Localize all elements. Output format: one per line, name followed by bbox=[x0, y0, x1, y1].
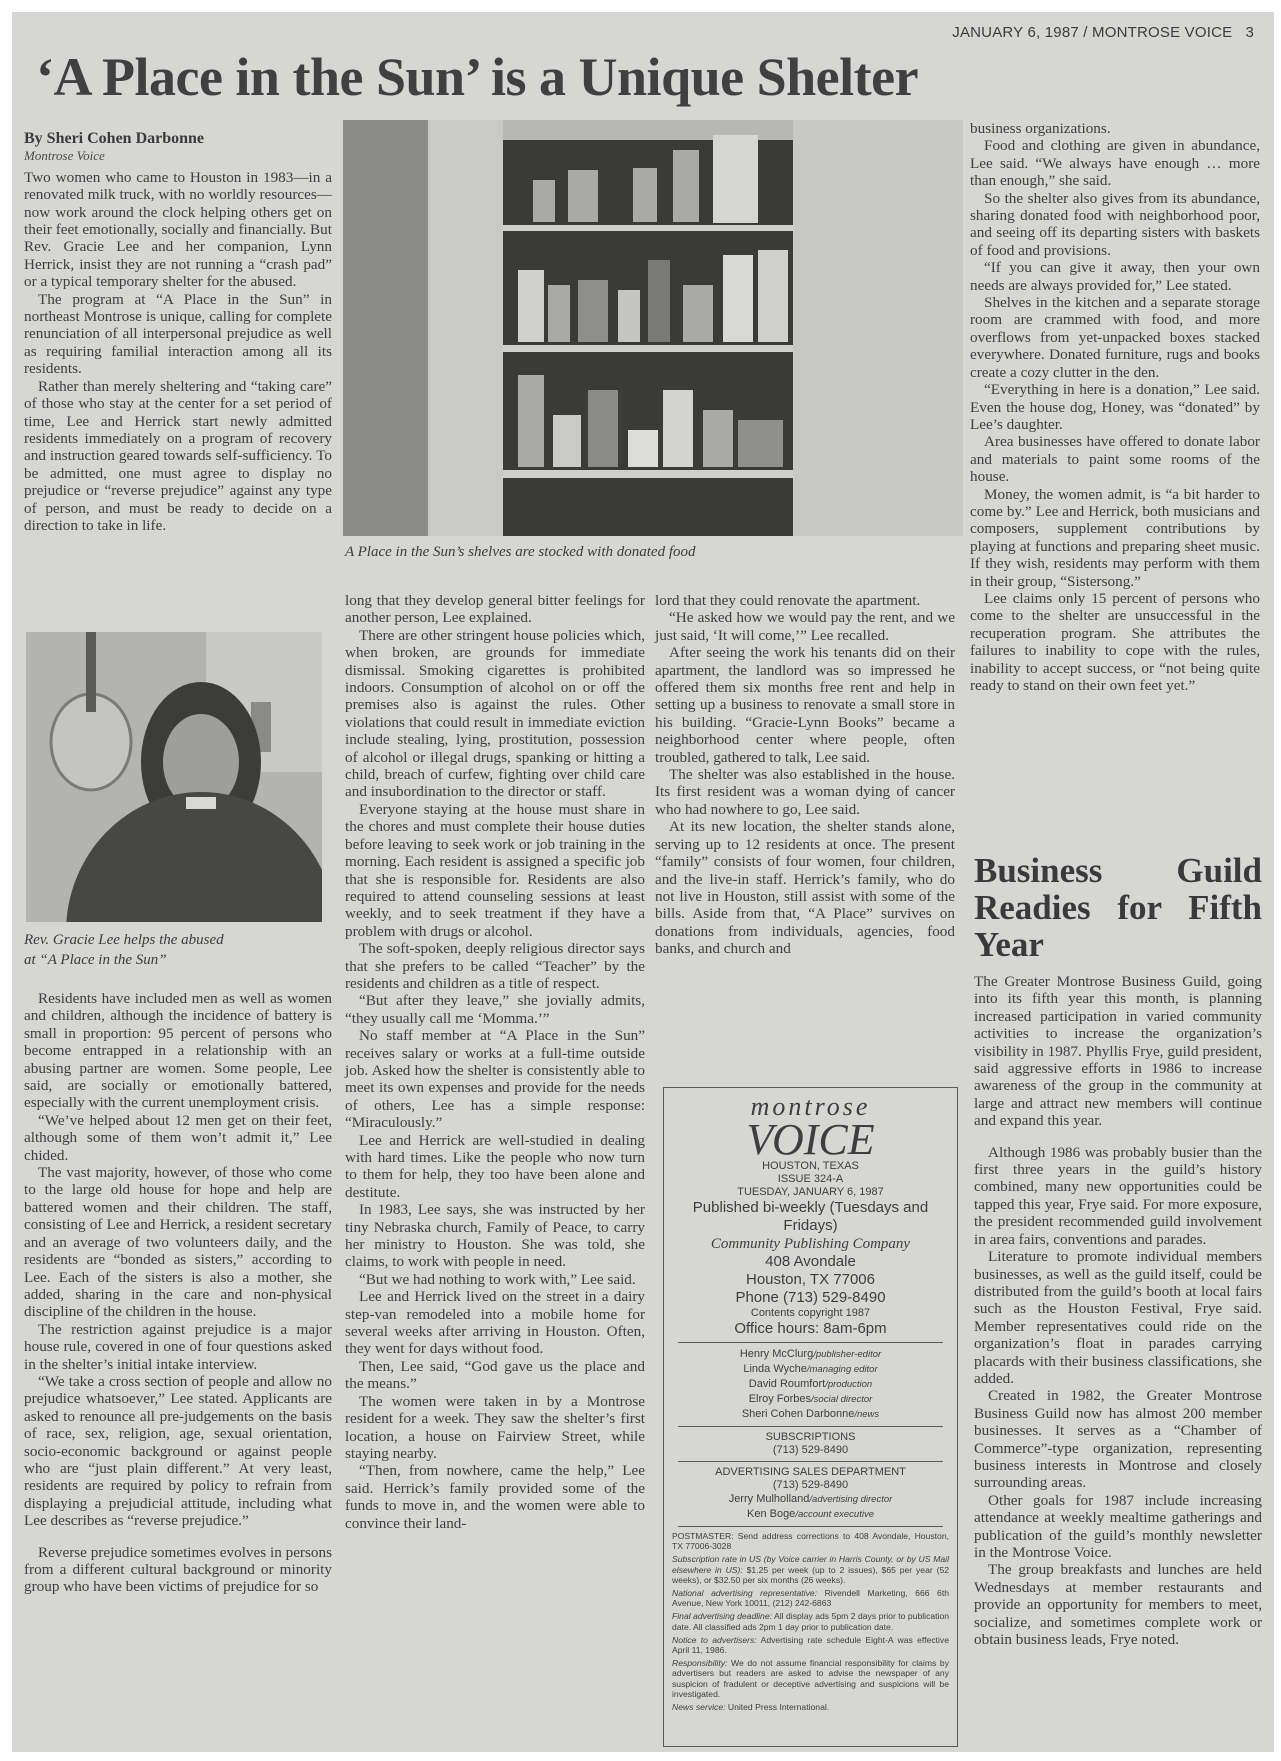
divider bbox=[678, 1461, 943, 1462]
divider bbox=[678, 1426, 943, 1427]
article-column-3: lord that they could renovate the apartm… bbox=[655, 592, 955, 958]
paragraph: Created in 1982, the Greater Montrose Bu… bbox=[974, 1387, 1262, 1491]
paragraph: So the shelter also gives from its abund… bbox=[970, 190, 1260, 260]
paragraph: The women were taken in by a Montrose re… bbox=[345, 1393, 645, 1463]
paragraph: “We’ve helped about 12 men get on their … bbox=[24, 1112, 332, 1164]
fine-label: Notice to advertisers: bbox=[672, 1635, 757, 1645]
paragraph: “Then, from nowhere, came the help,” Lee… bbox=[345, 1462, 645, 1532]
main-headline: ‘A Place in the Sun’ is a Unique Shelter bbox=[36, 46, 918, 108]
caption-line: Rev. Gracie Lee helps the abused bbox=[24, 930, 324, 950]
page-folio: JANUARY 6, 1987 / MONTROSE VOICE 3 bbox=[952, 24, 1254, 41]
masthead-hours: Office hours: 8am-6pm bbox=[672, 1320, 949, 1338]
staff-name: David Roumfort bbox=[749, 1378, 825, 1390]
masthead-location: HOUSTON, TEXAS bbox=[672, 1160, 949, 1173]
paragraph: Rather than merely sheltering and “takin… bbox=[24, 378, 332, 535]
divider bbox=[678, 1342, 943, 1343]
paragraph: Area businesses have offered to donate l… bbox=[970, 433, 1260, 485]
shelves-illustration bbox=[343, 120, 963, 536]
paragraph: After seeing the work his tenants did on… bbox=[655, 644, 955, 766]
paragraph: Other goals for 1987 include increasing … bbox=[974, 1492, 1262, 1562]
masthead-box: montrose VOICE HOUSTON, TEXAS ISSUE 324-… bbox=[663, 1087, 958, 1747]
paragraph: Although 1986 was probably busier than t… bbox=[974, 1144, 1262, 1248]
shelves-photo bbox=[343, 120, 963, 536]
fine-print-subscription: Subscription rate in US (by Voice carrie… bbox=[672, 1554, 949, 1585]
fine-print-national-rep: National advertising representative: Riv… bbox=[672, 1588, 949, 1608]
paragraph: Reverse prejudice sometimes evolves in p… bbox=[24, 1544, 332, 1596]
byline: By Sheri Cohen Darbonne bbox=[24, 130, 332, 147]
paragraph: In 1983, Lee says, she was instructed by… bbox=[345, 1201, 645, 1271]
newspaper-page: JANUARY 6, 1987 / MONTROSE VOICE 3 ‘A Pl… bbox=[12, 12, 1274, 1752]
fine-label: National advertising representative: bbox=[672, 1588, 817, 1598]
divider bbox=[678, 1526, 943, 1527]
paragraph: Food and clothing are given in abundance… bbox=[970, 137, 1260, 189]
guild-lead: The Greater Montrose Business Guild, goi… bbox=[974, 973, 1262, 1130]
article-column-2: long that they develop general bitter fe… bbox=[345, 592, 645, 1532]
fine-label: POSTMASTER: bbox=[672, 1531, 734, 1541]
staff-role: /advertising director bbox=[809, 1494, 892, 1505]
staff-entry: Elroy Forbes/social director bbox=[672, 1392, 949, 1407]
fine-label: Final advertising deadline: bbox=[672, 1611, 772, 1621]
paragraph: “Everything in here is a donation,” Lee … bbox=[970, 381, 1260, 433]
fine-print-news-service: News service: United Press International… bbox=[672, 1702, 949, 1712]
staff-entry: Henry McClurg/publisher-editor bbox=[672, 1347, 949, 1362]
subscriptions-phone: (713) 529-8490 bbox=[672, 1444, 949, 1457]
byline-source: Montrose Voice bbox=[24, 147, 332, 164]
paragraph: Literature to promote individual members… bbox=[974, 1248, 1262, 1387]
paragraph: business organizations. bbox=[970, 120, 1260, 137]
staff-role: /news bbox=[854, 1409, 879, 1420]
staff-role: /social director bbox=[811, 1394, 872, 1405]
masthead-frequency: Published bi-weekly (Tuesdays and Friday… bbox=[672, 1199, 949, 1235]
staff-name: Elroy Forbes bbox=[749, 1393, 811, 1405]
paragraph: “If you can give it away, then your own … bbox=[970, 259, 1260, 294]
article-column-1-bottom: Residents have included men as well as w… bbox=[24, 990, 332, 1596]
paragraph: “But after they leave,” she jovially adm… bbox=[345, 992, 645, 1027]
caption-line: at “A Place in the Sun” bbox=[24, 950, 324, 970]
staff-name: Sheri Cohen Darbonne bbox=[742, 1408, 855, 1420]
masthead-company: Community Publishing Company bbox=[672, 1235, 949, 1253]
masthead-address-2: Houston, TX 77006 bbox=[672, 1271, 949, 1289]
paragraph: Lee and Herrick are well-studied in deal… bbox=[345, 1132, 645, 1202]
fine-print-deadline: Final advertising deadline: All display … bbox=[672, 1611, 949, 1631]
paragraph: Then, Lee said, “God gave us the place a… bbox=[345, 1358, 645, 1393]
subscriptions-label: SUBSCRIPTIONS bbox=[672, 1431, 949, 1444]
guild-article: Business Guild Readies for Fifth Year Th… bbox=[974, 852, 1262, 1648]
staff-name: Henry McClurg bbox=[740, 1348, 813, 1360]
paragraph: There are other stringent house policies… bbox=[345, 627, 645, 801]
paragraph: The shelter was also established in the … bbox=[655, 766, 955, 818]
staff-role: /managing editor bbox=[807, 1364, 878, 1375]
shelves-caption: A Place in the Sun’s shelves are stocked… bbox=[345, 542, 965, 562]
paragraph: long that they develop general bitter fe… bbox=[345, 592, 645, 627]
masthead-issue: ISSUE 324-A bbox=[672, 1173, 949, 1186]
paragraph: lord that they could renovate the apartm… bbox=[655, 592, 955, 609]
article-column-4: business organizations. Food and clothin… bbox=[970, 120, 1260, 694]
fine-print-notice: Notice to advertisers: Advertising rate … bbox=[672, 1635, 949, 1655]
fine-label: News service: bbox=[672, 1702, 725, 1712]
advertising-phone: (713) 529-8490 bbox=[672, 1479, 949, 1492]
ad-staff-entry: Ken Boge/account executive bbox=[672, 1507, 949, 1522]
paragraph: Shelves in the kitchen and a separate st… bbox=[970, 294, 1260, 381]
portrait-illustration bbox=[26, 632, 322, 922]
paragraph: Everyone staying at the house must share… bbox=[345, 801, 645, 940]
staff-name: Linda Wyche bbox=[743, 1363, 807, 1375]
paragraph: The vast majority, however, of those who… bbox=[24, 1164, 332, 1321]
paragraph: Two women who came to Houston in 1983—in… bbox=[24, 169, 332, 291]
fine-label: Responsibility: bbox=[672, 1658, 727, 1668]
masthead-date: TUESDAY, JANUARY 6, 1987 bbox=[672, 1186, 949, 1199]
paragraph: The group breakfasts and lunches are hel… bbox=[974, 1561, 1262, 1648]
fine-text: United Press International. bbox=[725, 1702, 829, 1712]
portrait-caption: Rev. Gracie Lee helps the abused at “A P… bbox=[24, 930, 324, 970]
paragraph: “He asked how we would pay the rent, and… bbox=[655, 609, 955, 644]
paragraph: Lee and Herrick lived on the street in a… bbox=[345, 1288, 645, 1358]
staff-entry: David Roumfort/production bbox=[672, 1377, 949, 1392]
staff-role: /account executive bbox=[795, 1509, 874, 1520]
ad-staff-entry: Jerry Mulholland/advertising director bbox=[672, 1492, 949, 1507]
fine-print-responsibility: Responsibility: We do not assume financi… bbox=[672, 1658, 949, 1699]
guild-headline: Business Guild Readies for Fifth Year bbox=[974, 852, 1262, 963]
paragraph: The restriction against prejudice is a m… bbox=[24, 1321, 332, 1373]
staff-entry: Linda Wyche/managing editor bbox=[672, 1362, 949, 1377]
staff-entry: Sheri Cohen Darbonne/news bbox=[672, 1407, 949, 1422]
paragraph: Residents have included men as well as w… bbox=[24, 990, 332, 1112]
paragraph: Lee claims only 15 percent of persons wh… bbox=[970, 590, 1260, 694]
staff-role: /production bbox=[825, 1379, 872, 1390]
paragraph: “We take a cross section of people and a… bbox=[24, 1373, 332, 1530]
paragraph: At its new location, the shelter stands … bbox=[655, 818, 955, 957]
staff-name: Ken Boge bbox=[747, 1508, 795, 1520]
advertising-label: ADVERTISING SALES DEPARTMENT bbox=[672, 1466, 949, 1479]
paragraph: “But we had nothing to work with,” Lee s… bbox=[345, 1271, 645, 1288]
staff-role: /publisher-editor bbox=[813, 1349, 881, 1360]
fine-print-postmaster: POSTMASTER: Send address corrections to … bbox=[672, 1531, 949, 1551]
staff-name: Jerry Mulholland bbox=[729, 1493, 810, 1505]
masthead-name-main: VOICE bbox=[672, 1120, 949, 1160]
masthead-address-1: 408 Avondale bbox=[672, 1253, 949, 1271]
masthead-phone: Phone (713) 529-8490 bbox=[672, 1289, 949, 1307]
paragraph: No staff member at “A Place in the Sun” … bbox=[345, 1027, 645, 1131]
paragraph: The soft-spoken, deeply religious direct… bbox=[345, 940, 645, 992]
paragraph: Money, the women admit, is “a bit harder… bbox=[970, 486, 1260, 590]
masthead-copyright: Contents copyright 1987 bbox=[672, 1307, 949, 1320]
portrait-photo-gracie-lee bbox=[26, 632, 322, 922]
paragraph: The program at “A Place in the Sun” in n… bbox=[24, 291, 332, 378]
article-column-1-top: By Sheri Cohen Darbonne Montrose Voice T… bbox=[24, 130, 332, 534]
